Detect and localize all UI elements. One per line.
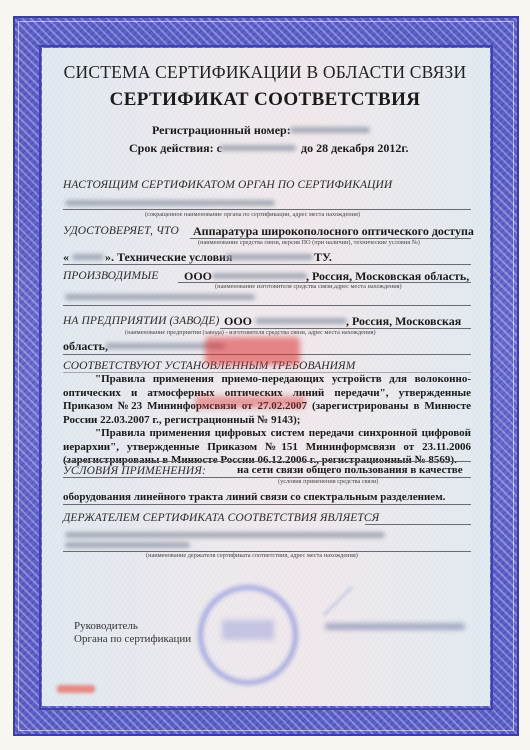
red-watermark bbox=[205, 337, 300, 365]
registration-label: Регистрационный номер: bbox=[152, 123, 291, 138]
plant-prefix: ООО bbox=[224, 314, 252, 329]
signatory-title-line2: Органа по сертификации bbox=[74, 633, 191, 646]
product-line2-open: « bbox=[63, 250, 69, 265]
conditions-line2-rule bbox=[63, 504, 471, 505]
signature-redacted bbox=[325, 623, 465, 630]
red-watermark-url bbox=[195, 396, 305, 408]
holder-label: ДЕРЖАТЕЛЕМ СЕРТИФИКАТА СООТВЕТСТВИЯ ЯВЛЯ… bbox=[63, 512, 379, 524]
product-caption: (наименование средства связи, версия ПО … bbox=[198, 239, 420, 246]
product-model-redacted bbox=[72, 254, 104, 260]
official-seal-text bbox=[222, 620, 274, 640]
plant-line2: область, bbox=[63, 339, 108, 354]
registration-value-redacted bbox=[290, 127, 370, 133]
certificate-heading: СЕРТИФИКАТ СООТВЕТСТВИЯ bbox=[0, 89, 530, 111]
plant-suffix: , Россия, Московская bbox=[346, 314, 461, 329]
conditions-line2: оборудования линейного тракта линий связ… bbox=[63, 491, 445, 503]
holder-redacted-2 bbox=[65, 542, 190, 548]
validity-label: Срок действия: с bbox=[129, 141, 222, 156]
serial-number-redacted bbox=[57, 685, 95, 693]
conditions-label: УСЛОВИЯ ПРИМЕНЕНИЯ: bbox=[63, 465, 206, 477]
plant-caption: (наименование предприятия (завода) - изг… bbox=[125, 329, 376, 336]
issuer-redacted bbox=[65, 200, 275, 206]
issuer-caption: (сокращенное наименование органа по серт… bbox=[145, 211, 360, 218]
system-title: СИСТЕМА СЕРТИФИКАЦИИ В ОБЛАСТИ СВЯЗИ bbox=[0, 62, 530, 83]
product-name: Аппаратура широкополосного оптического д… bbox=[193, 224, 474, 239]
holder-caption: (наименование держателя сертификата соот… bbox=[146, 552, 358, 559]
producer-caption: (наименование изготовителя средства связ… bbox=[215, 283, 402, 290]
certifies-label: УДОСТОВЕРЯЕТ, ЧТО bbox=[63, 225, 179, 237]
producer-address-redacted bbox=[65, 294, 255, 300]
producer-address-rule bbox=[63, 305, 471, 306]
conditions-caption: (условия применения средства связи) bbox=[278, 478, 378, 485]
plant-label: НА ПРЕДПРИЯТИИ (ЗАВОДЕ) bbox=[63, 315, 219, 327]
issuer-rule bbox=[63, 209, 471, 210]
product-line2-mid: ». Технические условия bbox=[105, 250, 232, 265]
issuer-label: НАСТОЯЩИМ СЕРТИФИКАТОМ ОРГАН ПО СЕРТИФИК… bbox=[63, 179, 392, 191]
conditions-line1: на сети связи общего пользования в качес… bbox=[237, 464, 463, 476]
product-line2-rule bbox=[63, 264, 471, 265]
validity-to: до 28 декабря 2012г. bbox=[301, 141, 408, 156]
tech-conditions-redacted bbox=[225, 254, 313, 260]
signatory-title-line1: Руководитель bbox=[74, 620, 138, 633]
conditions-rule bbox=[63, 477, 471, 478]
holder-label-rule bbox=[365, 524, 471, 525]
produced-label: ПРОИЗВОДИМЫЕ bbox=[63, 270, 158, 282]
validity-from-redacted bbox=[220, 145, 296, 151]
conditions-top-rule bbox=[63, 461, 471, 462]
plant-redacted bbox=[255, 318, 347, 324]
product-line2-end: ТУ. bbox=[314, 250, 332, 265]
producer-redacted bbox=[212, 273, 307, 279]
holder-redacted-1 bbox=[65, 532, 385, 538]
